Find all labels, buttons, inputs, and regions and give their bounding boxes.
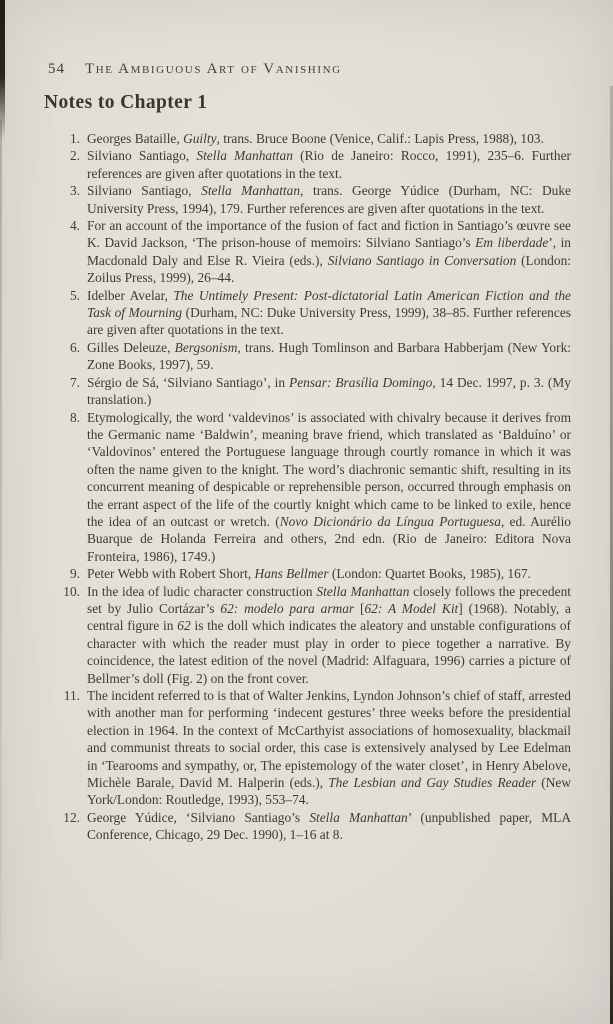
note-item: 3.Silviano Santiago, Stella Manhattan, t… [44,182,571,217]
note-text: Silviano Santiago, Stella Manhattan (Rio… [87,147,571,182]
note-number: 1. [44,130,87,147]
note-text: Peter Webb with Robert Short, Hans Bellm… [87,565,571,582]
note-item: 9.Peter Webb with Robert Short, Hans Bel… [44,565,571,582]
note-item: 2.Silviano Santiago, Stella Manhattan (R… [44,147,571,182]
note-item: 11.The incident referred to is that of W… [44,687,571,809]
section-title: Notes to Chapter 1 [44,92,207,114]
note-number: 5. [44,287,87,339]
note-number: 8. [44,409,87,566]
note-item: 5.Idelber Avelar, The Untimely Present: … [44,287,571,339]
running-title: The Ambiguous Art of Vanishing [85,61,342,77]
note-text: Idelber Avelar, The Untimely Present: Po… [87,287,571,339]
note-number: 12. [44,809,87,844]
note-text: Silviano Santiago, Stella Manhattan, tra… [87,182,571,217]
note-item: 7.Sérgio de Sá, ‘Silviano Santiago’, in … [44,374,571,409]
note-number: 3. [44,182,87,217]
note-text: For an account of the importance of the … [87,217,571,287]
note-number: 11. [44,687,87,809]
note-text: Sérgio de Sá, ‘Silviano Santiago’, in Pe… [87,374,571,409]
note-item: 12.George Yúdice, ‘Silviano Santiago’s S… [44,809,571,844]
note-number: 6. [44,339,87,374]
note-item: 8.Etymologically, the word ‘valdevinos’ … [44,409,571,566]
running-head: 54 The Ambiguous Art of Vanishing [48,60,342,78]
book-page: 54 The Ambiguous Art of Vanishing Notes … [0,0,613,1024]
note-item: 10.In the idea of ludic character constr… [44,583,571,687]
note-text: The incident referred to is that of Walt… [87,687,571,809]
note-number: 4. [44,217,87,287]
note-text: George Yúdice, ‘Silviano Santiago’s Stel… [87,809,571,844]
notes-list: 1.Georges Bataille, Guilty, trans. Bruce… [44,130,571,844]
note-number: 9. [44,565,87,582]
scan-edge-left [0,0,5,140]
note-item: 1.Georges Bataille, Guilty, trans. Bruce… [44,130,571,147]
note-number: 2. [44,147,87,182]
note-text: In the idea of ludic character construct… [87,583,571,687]
note-number: 7. [44,374,87,409]
note-item: 4.For an account of the importance of th… [44,217,571,287]
note-number: 10. [44,583,87,687]
note-text: Gilles Deleuze, Bergsonism, trans. Hugh … [87,339,571,374]
page-number: 54 [48,61,65,77]
note-text: Georges Bataille, Guilty, trans. Bruce B… [87,130,571,147]
note-text: Etymologically, the word ‘valdevinos’ is… [87,409,571,566]
scan-edge-left-faint [0,120,2,960]
note-item: 6.Gilles Deleuze, Bergsonism, trans. Hug… [44,339,571,374]
